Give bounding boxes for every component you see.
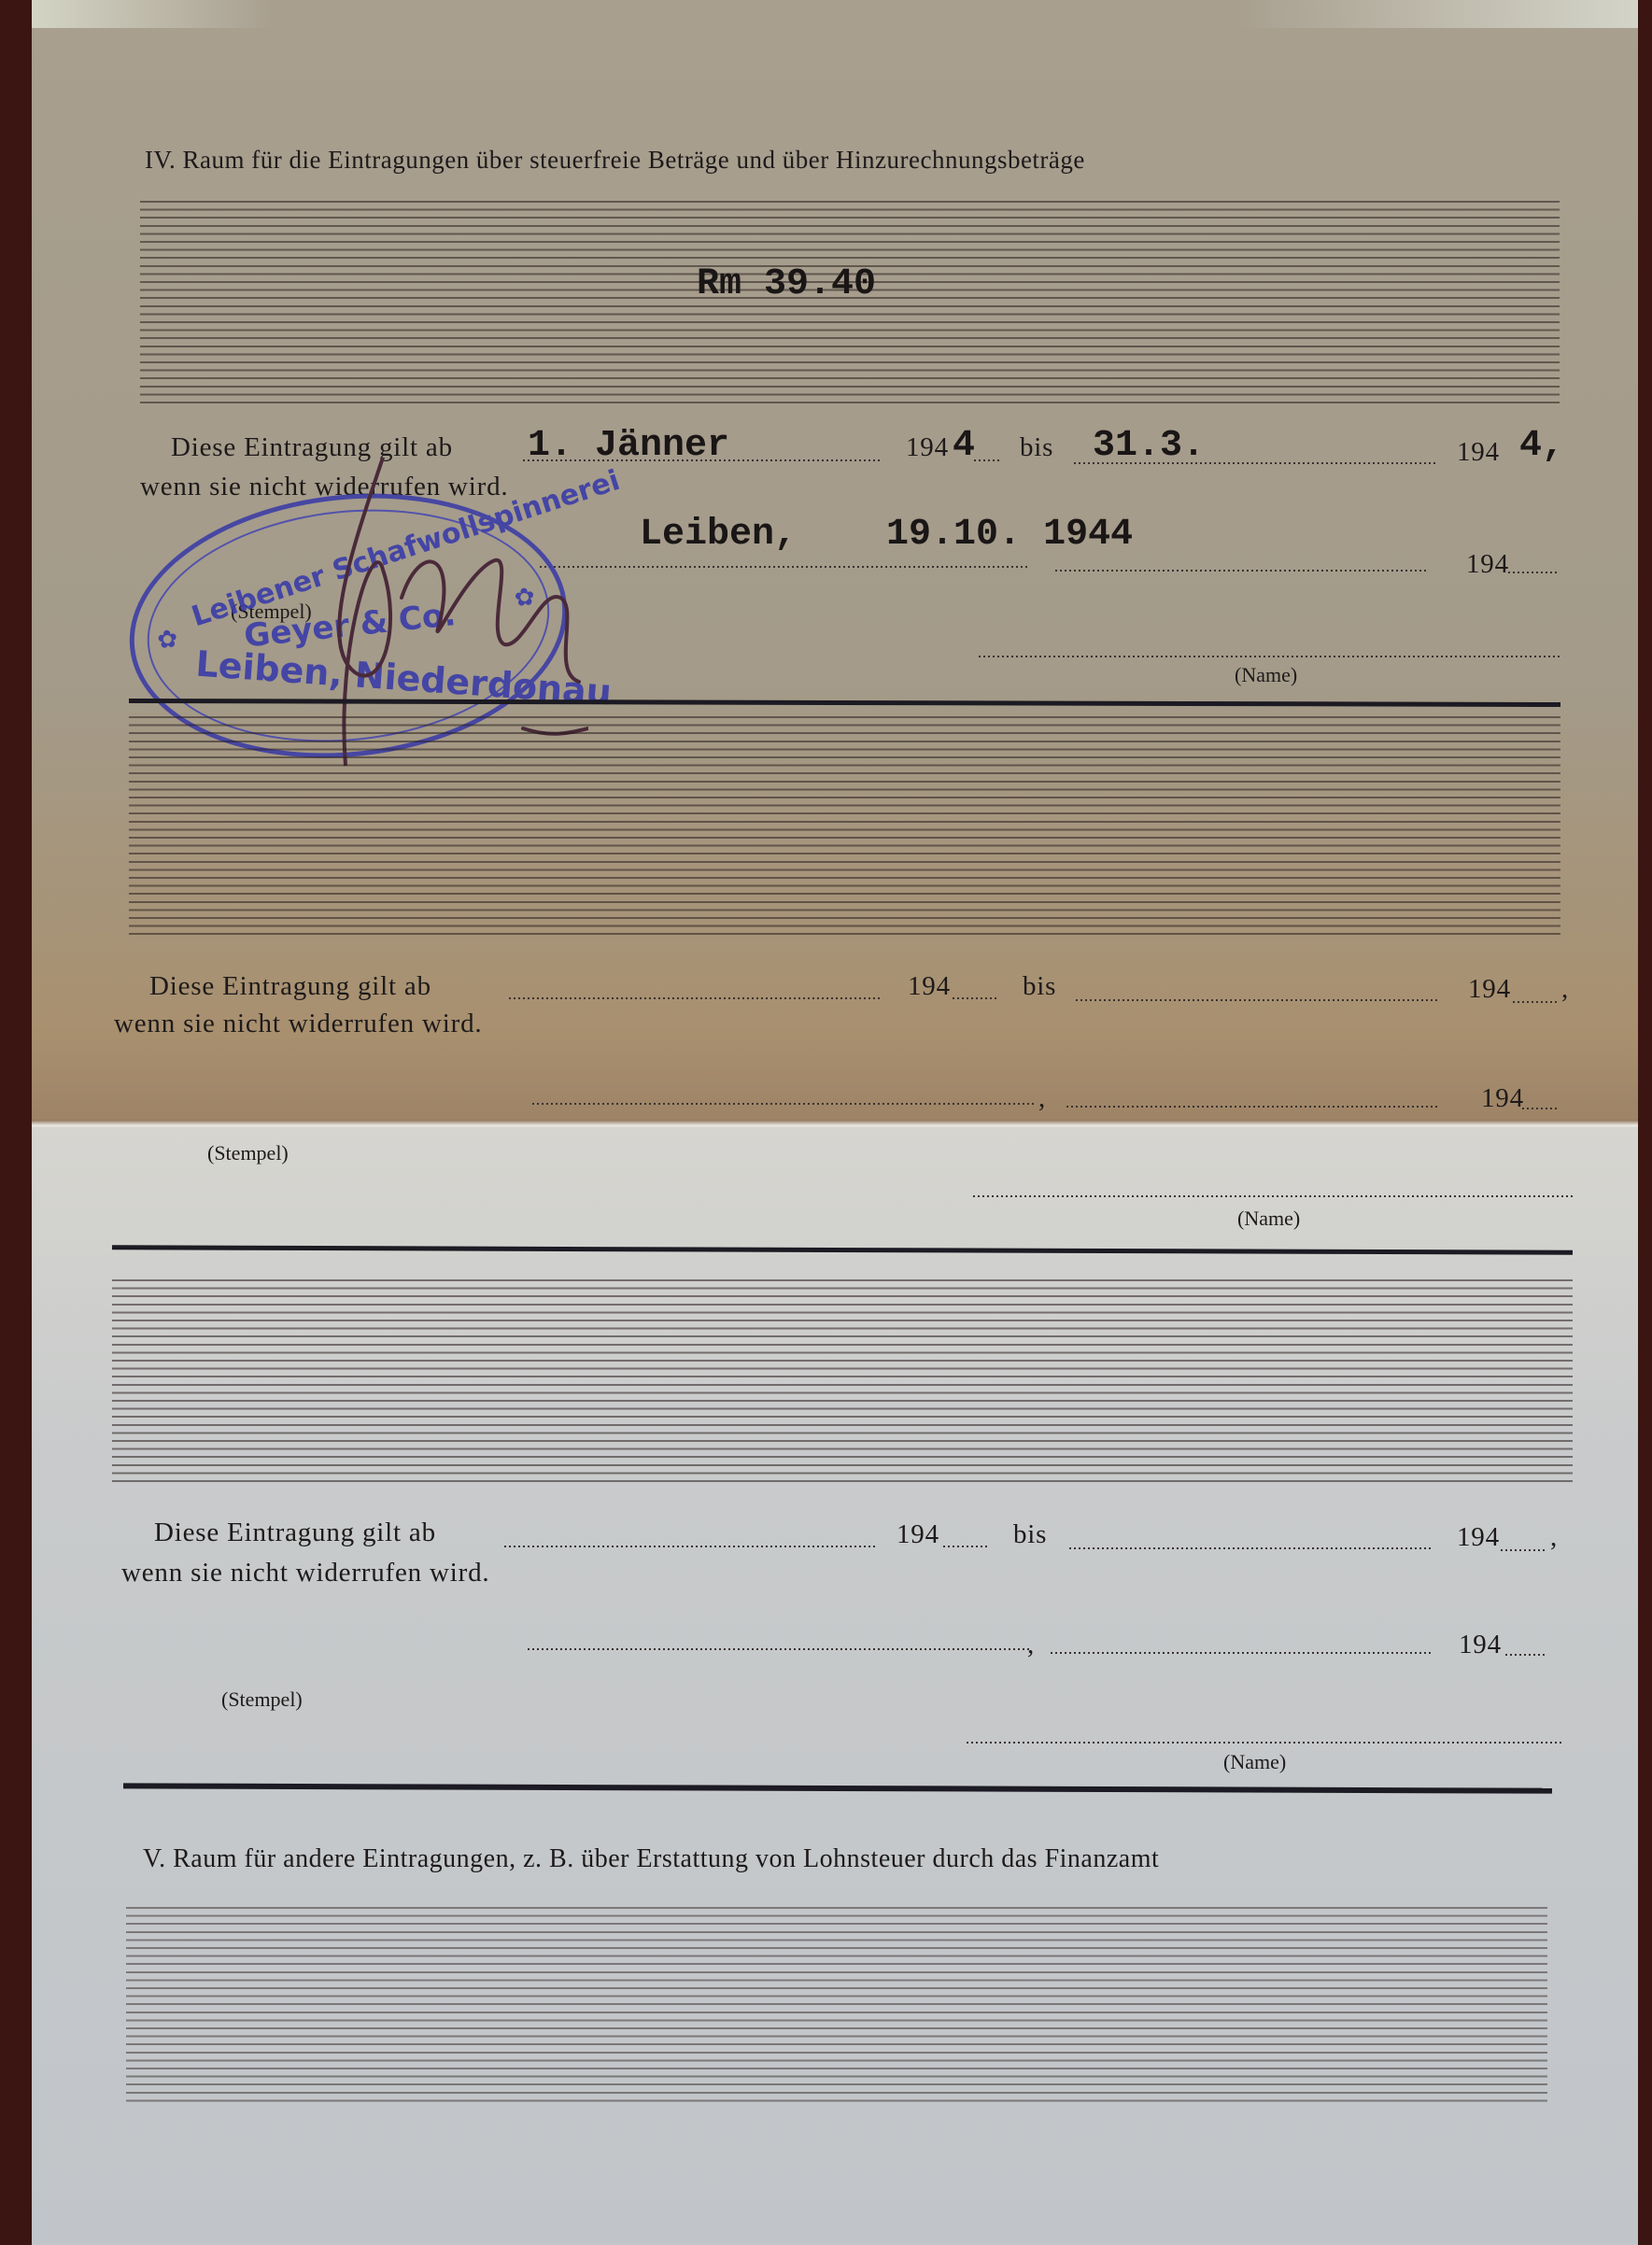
entry-1-year-field[interactable]	[1508, 572, 1560, 573]
entry-1-amount: Rm 39.40	[697, 263, 876, 305]
entry-2-year-prefix-1: 194	[908, 971, 951, 1002]
entry-1-name-label: (Name)	[1235, 663, 1297, 687]
entry-3-year-prefix-2: 194	[1457, 1522, 1500, 1553]
entry-3-ruled-box	[112, 1279, 1573, 1485]
entry-3-date-field[interactable]	[1051, 1652, 1433, 1654]
entry-3-valid-from-field[interactable]	[504, 1546, 878, 1547]
light-glare	[32, 0, 1638, 28]
entry-2-stamp-label: (Stempel)	[207, 1141, 289, 1165]
entry-3-bis-label: bis	[1013, 1519, 1047, 1550]
entry-3-year-prefix-1: 194	[897, 1519, 939, 1550]
entry-1-valid-to-value: 31.3.	[1093, 425, 1205, 467]
entry-2-year-label: 194	[1481, 1083, 1524, 1114]
entry-1-year-prefix-2: 194	[1457, 437, 1500, 468]
entry-3-name-field[interactable]	[967, 1742, 1562, 1744]
entry-2-bis-label: bis	[1023, 971, 1056, 1002]
entry-3-year-field[interactable]	[1505, 1654, 1547, 1656]
entry-1-date-field[interactable]	[1055, 570, 1429, 572]
entry-2-year-prefix-2: 194	[1468, 974, 1511, 1005]
entry-2-year-field-2[interactable]	[1513, 1001, 1560, 1003]
entry-2-name-field[interactable]	[973, 1195, 1575, 1197]
section-iv-heading: IV. Raum für die Eintragungen über steue…	[145, 146, 1085, 175]
entry-2-date-field[interactable]	[1066, 1106, 1440, 1108]
entry-3-revocation-note: wenn sie nicht widerrufen wird.	[121, 1558, 489, 1588]
entry-1-year-prefix-1: 194	[906, 432, 949, 463]
entry-2-valid-from-label: Diese Eintragung gilt ab	[149, 971, 431, 1002]
entry-1-place-date: Leiben, 19.10. 1944	[640, 514, 1133, 556]
entry-3-comma: ,	[1027, 1630, 1035, 1660]
section-v-heading: V. Raum für andere Eintragungen, z. B. ü…	[143, 1844, 1159, 1874]
entry-2-ruled-box	[129, 716, 1560, 939]
entry-2-comma: ,	[1038, 1083, 1046, 1114]
entry-2-name-label: (Name)	[1237, 1207, 1300, 1231]
entry-1-year-digit-1: 4	[953, 425, 975, 467]
entry-3-name-label: (Name)	[1223, 1750, 1286, 1774]
entry-2-valid-from-field[interactable]	[509, 997, 882, 999]
entry-3-trailing-comma: ,	[1550, 1522, 1558, 1553]
entry-2-place-field[interactable]	[532, 1103, 1037, 1105]
entry-3-valid-to-field[interactable]	[1069, 1547, 1433, 1549]
entry-1-name-field[interactable]	[979, 656, 1560, 657]
entry-2-trailing-comma: ,	[1561, 974, 1569, 1005]
section-v-ruled-box	[126, 1907, 1547, 2108]
entry-2-year-field[interactable]	[1522, 1108, 1560, 1109]
entry-3-year-field-1[interactable]	[943, 1546, 990, 1547]
entry-1-year-label: 194	[1466, 549, 1509, 580]
entry-3-valid-from-label: Diese Eintragung gilt ab	[154, 1518, 436, 1548]
stamp-flower-left-icon: ✿	[156, 625, 179, 655]
entry-3-year-field-2[interactable]	[1501, 1549, 1547, 1551]
entry-1-year-field-1[interactable]	[974, 459, 1002, 461]
entry-2-valid-to-field[interactable]	[1076, 999, 1440, 1001]
entry-3-place-field[interactable]	[528, 1648, 1032, 1650]
entry-2-year-field-1[interactable]	[953, 997, 999, 999]
entry-1-year-digit-2: 4,	[1519, 425, 1564, 467]
entry-3-stamp-label: (Stempel)	[221, 1687, 303, 1712]
entry-2-revocation-note: wenn sie nicht widerrufen wird.	[114, 1009, 482, 1039]
entry-1-bis-label: bis	[1020, 432, 1053, 463]
entry-3-year-label: 194	[1459, 1630, 1502, 1660]
entry-1-place-field[interactable]	[540, 566, 1030, 568]
